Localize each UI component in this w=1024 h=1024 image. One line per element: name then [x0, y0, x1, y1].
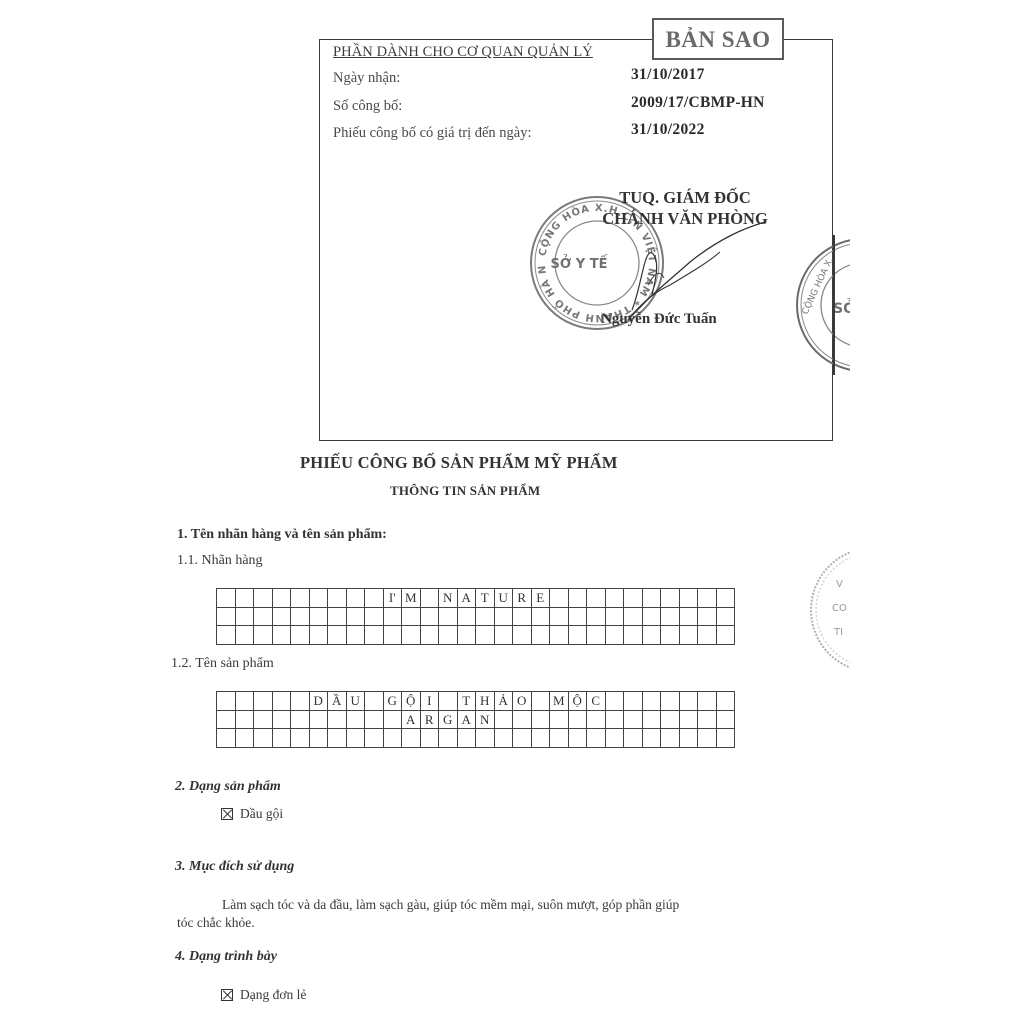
grid-cell: N [476, 711, 495, 730]
grid-cell [606, 711, 625, 730]
grid-cell [606, 589, 625, 608]
grid-cell: R [513, 589, 532, 608]
grid-cell [291, 626, 310, 645]
section2-heading: 2. Dạng sản phẩm [175, 779, 281, 795]
grid-cell [291, 608, 310, 627]
grid-cell [587, 589, 606, 608]
announcement-number-label: Số công bố: [333, 98, 402, 115]
grid-cell: A [402, 711, 421, 730]
grid-cell [680, 692, 699, 711]
grid-cell [495, 711, 514, 730]
grid-cell [680, 608, 699, 627]
grid-cell [624, 729, 643, 748]
grid-cell [328, 711, 347, 730]
announcement-number-value: 2009/17/CBMP-HN [631, 94, 765, 112]
grid-cell [439, 608, 458, 627]
usage-purpose-line1: Làm sạch tóc và da đầu, làm sạch gàu, gi… [222, 895, 782, 915]
grid-cell [217, 711, 236, 730]
grid-cell [236, 692, 255, 711]
grid-cell [273, 589, 292, 608]
grid-cell [365, 729, 384, 748]
grid-cell: U [347, 692, 366, 711]
brand-letter-grid: I'MNATURE [216, 588, 735, 645]
grid-cell [513, 608, 532, 627]
grid-cell [661, 608, 680, 627]
grid-cell [532, 729, 551, 748]
grid-cell: T [476, 589, 495, 608]
grid-cell [254, 692, 273, 711]
section3-heading: 3. Mục đích sử dụng [175, 859, 294, 875]
grid-cell: Ả [495, 692, 514, 711]
grid-cell: C [587, 692, 606, 711]
grid-cell [661, 589, 680, 608]
grid-cell [606, 626, 625, 645]
grid-cell [217, 729, 236, 748]
grid-cell [624, 589, 643, 608]
grid-cell [236, 589, 255, 608]
grid-cell: D [310, 692, 329, 711]
grid-cell [587, 729, 606, 748]
grid-cell [273, 626, 292, 645]
grid-cell [273, 692, 292, 711]
grid-cell [310, 729, 329, 748]
grid-cell [661, 626, 680, 645]
grid-cell [698, 626, 717, 645]
grid-cell [236, 626, 255, 645]
received-date-value: 31/10/2017 [631, 66, 705, 84]
grid-cell [273, 608, 292, 627]
grid-cell [328, 608, 347, 627]
grid-cell [495, 608, 514, 627]
product-type-label: Dầu gội [240, 806, 283, 821]
grid-cell [587, 608, 606, 627]
grid-cell: R [421, 711, 440, 730]
grid-cell [439, 626, 458, 645]
grid-cell [291, 589, 310, 608]
grid-cell [291, 692, 310, 711]
grid-cell: Ộ [402, 692, 421, 711]
grid-cell [347, 589, 366, 608]
grid-cell [643, 608, 662, 627]
grid-cell [365, 608, 384, 627]
grid-cell [606, 608, 625, 627]
grid-cell [698, 608, 717, 627]
document-subtitle: THÔNG TIN SẢN PHẨM [390, 483, 540, 499]
product-type-option[interactable]: Dầu gội [221, 804, 283, 824]
grid-cell [347, 729, 366, 748]
grid-cell [532, 608, 551, 627]
grid-cell: A [458, 589, 477, 608]
grid-cell [643, 589, 662, 608]
grid-cell [328, 589, 347, 608]
grid-cell [698, 589, 717, 608]
grid-cell [606, 729, 625, 748]
grid-cell [532, 692, 551, 711]
grid-cell [680, 711, 699, 730]
grid-cell [254, 711, 273, 730]
grid-cell [458, 729, 477, 748]
grid-cell [495, 626, 514, 645]
grid-cell [550, 589, 569, 608]
grid-cell [513, 711, 532, 730]
section1-heading: 1. Tên nhãn hàng và tên sản phẩm: [177, 527, 387, 543]
grid-cell [513, 729, 532, 748]
valid-until-value: 31/10/2022 [631, 121, 705, 139]
grid-cell [421, 626, 440, 645]
brand-label: 1.1. Nhãn hàng [177, 553, 263, 569]
grid-cell: G [439, 711, 458, 730]
grid-cell: I [421, 692, 440, 711]
presentation-option[interactable]: Dạng đơn lẻ [221, 985, 306, 1005]
grid-cell: H [476, 692, 495, 711]
grid-cell: N [439, 589, 458, 608]
grid-cell [217, 608, 236, 627]
grid-cell [569, 589, 588, 608]
grid-cell [643, 711, 662, 730]
grid-cell [698, 729, 717, 748]
frame-edge-overlay [833, 235, 835, 375]
partial-seal-top: SỞ CỘNG HÒA X. [793, 235, 850, 375]
grid-cell [680, 589, 699, 608]
grid-cell [661, 711, 680, 730]
grid-cell: I' [384, 589, 403, 608]
grid-cell [310, 626, 329, 645]
grid-cell [587, 711, 606, 730]
grid-cell: A [458, 711, 477, 730]
grid-cell [569, 711, 588, 730]
checkbox-checked-icon[interactable] [221, 989, 233, 1001]
grid-cell [476, 626, 495, 645]
svg-text:TI: TI [833, 627, 843, 638]
grid-cell [365, 626, 384, 645]
partial-seal-side: V CO TI [808, 545, 850, 675]
grid-cell [550, 729, 569, 748]
grid-cell [513, 626, 532, 645]
grid-cell [550, 626, 569, 645]
grid-cell [495, 729, 514, 748]
grid-cell [439, 692, 458, 711]
grid-cell [254, 626, 273, 645]
presentation-label: Dạng đơn lẻ [240, 987, 306, 1002]
svg-text:SỞ: SỞ [833, 298, 850, 317]
grid-cell [421, 729, 440, 748]
grid-cell [458, 626, 477, 645]
grid-cell [680, 626, 699, 645]
valid-until-label: Phiếu công bố có giá trị đến ngày: [333, 125, 532, 142]
grid-cell [217, 692, 236, 711]
grid-cell [421, 608, 440, 627]
grid-cell [310, 589, 329, 608]
grid-cell [643, 729, 662, 748]
grid-cell [680, 729, 699, 748]
grid-cell [254, 589, 273, 608]
grid-cell: Ộ [569, 692, 588, 711]
grid-cell [402, 608, 421, 627]
signer-name: Nguyễn Đức Tuấn [601, 311, 717, 328]
grid-cell [310, 711, 329, 730]
grid-cell [698, 692, 717, 711]
grid-cell: M [550, 692, 569, 711]
grid-cell [236, 711, 255, 730]
grid-cell [624, 711, 643, 730]
grid-cell [347, 608, 366, 627]
usage-purpose-line2: tóc chắc khỏe. [177, 913, 255, 933]
grid-cell [532, 711, 551, 730]
grid-cell [291, 729, 310, 748]
admin-section-header: PHẦN DÀNH CHO CƠ QUAN QUẢN LÝ [333, 44, 593, 61]
grid-cell [717, 589, 736, 608]
grid-cell [624, 608, 643, 627]
grid-cell [402, 626, 421, 645]
grid-cell [698, 711, 717, 730]
product-name-letter-grid: DẦUGỘITHẢOMỘCARGAN [216, 691, 735, 748]
checkbox-checked-icon[interactable] [221, 808, 233, 820]
grid-cell [532, 626, 551, 645]
grid-cell [569, 608, 588, 627]
grid-cell: G [384, 692, 403, 711]
grid-cell [328, 729, 347, 748]
copy-stamp: BẢN SAO [652, 18, 784, 60]
grid-cell [236, 608, 255, 627]
grid-cell [717, 692, 736, 711]
grid-cell [550, 608, 569, 627]
grid-cell [569, 626, 588, 645]
grid-cell [365, 589, 384, 608]
grid-cell [402, 729, 421, 748]
svg-text:CO: CO [832, 603, 847, 614]
grid-cell [365, 692, 384, 711]
grid-cell [717, 608, 736, 627]
grid-cell [624, 626, 643, 645]
product-name-label: 1.2. Tên sản phẩm [171, 656, 274, 672]
grid-cell [550, 711, 569, 730]
grid-cell [661, 692, 680, 711]
grid-cell [439, 729, 458, 748]
grid-cell [365, 711, 384, 730]
grid-cell: M [402, 589, 421, 608]
grid-cell [569, 729, 588, 748]
grid-cell [384, 729, 403, 748]
grid-cell: E [532, 589, 551, 608]
grid-cell [347, 711, 366, 730]
grid-cell [476, 729, 495, 748]
grid-cell: O [513, 692, 532, 711]
grid-cell [347, 626, 366, 645]
grid-cell: Ầ [328, 692, 347, 711]
svg-text:V: V [836, 579, 843, 590]
grid-cell [310, 608, 329, 627]
grid-cell [254, 608, 273, 627]
received-date-label: Ngày nhận: [333, 70, 400, 87]
grid-cell [643, 692, 662, 711]
grid-cell [661, 729, 680, 748]
grid-cell [236, 729, 255, 748]
grid-cell [273, 711, 292, 730]
grid-cell [717, 626, 736, 645]
grid-cell [643, 626, 662, 645]
section4-heading: 4. Dạng trình bày [175, 949, 277, 965]
grid-cell [384, 608, 403, 627]
grid-cell: T [458, 692, 477, 711]
grid-cell [254, 729, 273, 748]
grid-cell [273, 729, 292, 748]
grid-cell [291, 711, 310, 730]
grid-cell [458, 608, 477, 627]
grid-cell [384, 711, 403, 730]
grid-cell [421, 589, 440, 608]
grid-cell [717, 711, 736, 730]
document-title: PHIẾU CÔNG BỐ SẢN PHẨM MỸ PHẨM [300, 453, 618, 473]
grid-cell [328, 626, 347, 645]
grid-cell [384, 626, 403, 645]
grid-cell [587, 626, 606, 645]
grid-cell [606, 692, 625, 711]
grid-cell [476, 608, 495, 627]
grid-cell: U [495, 589, 514, 608]
grid-cell [717, 729, 736, 748]
grid-cell [217, 626, 236, 645]
grid-cell [217, 589, 236, 608]
grid-cell [624, 692, 643, 711]
